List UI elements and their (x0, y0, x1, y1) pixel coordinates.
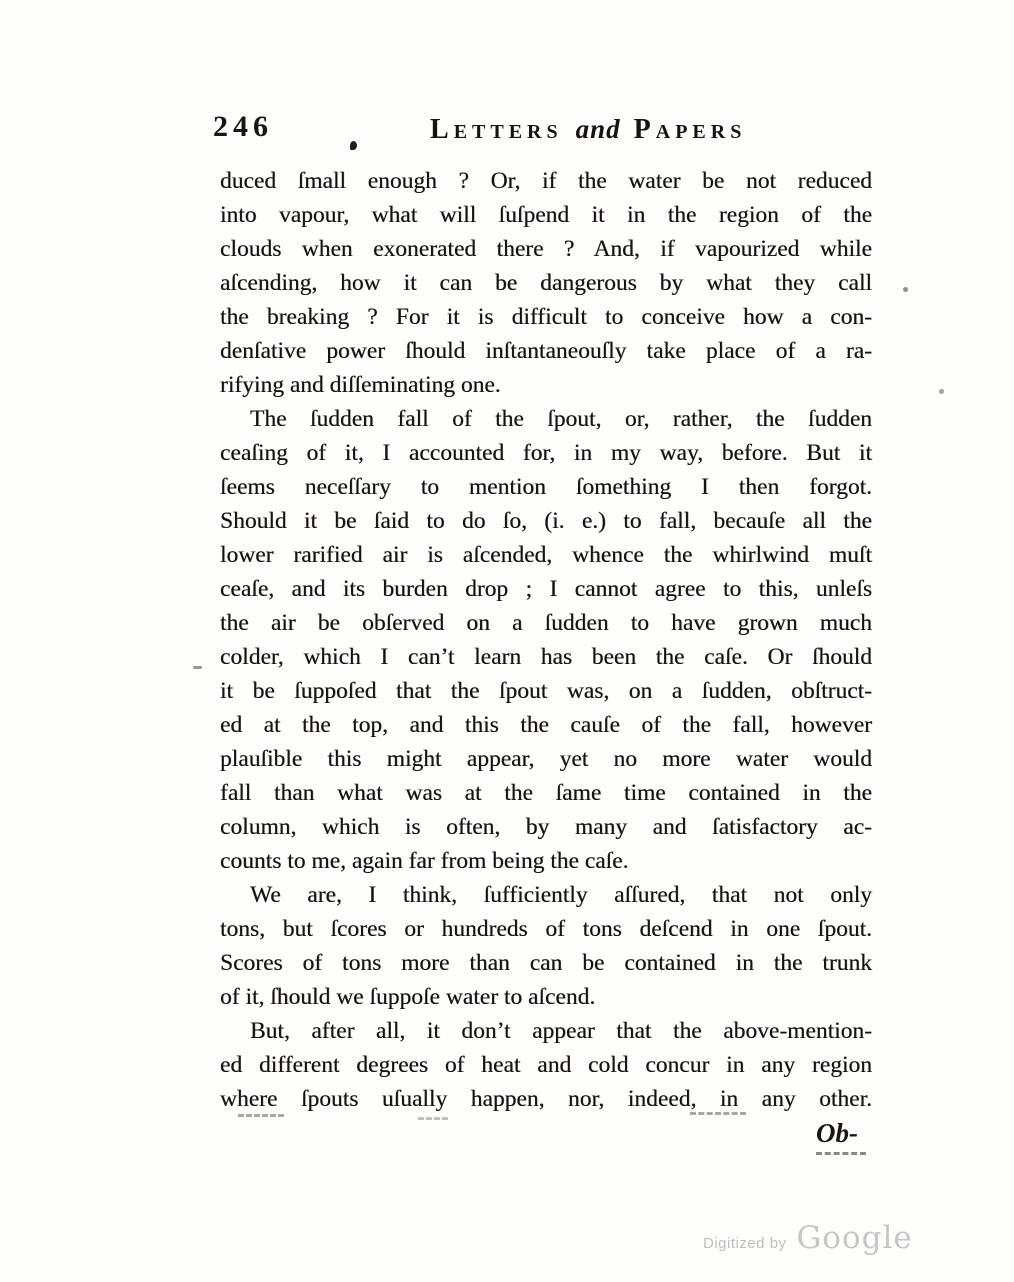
scan-dash-artifact (238, 1114, 284, 1117)
watermark-text: Digitized by (703, 1235, 787, 1252)
text-line: ceaſe, and its burden drop ; I cannot ag… (220, 572, 872, 606)
text-line: column, which is often, by many and ſati… (220, 810, 872, 844)
page-number: 246 (213, 110, 273, 144)
running-title-word-letters: Letters (430, 114, 563, 146)
scan-speck (903, 287, 908, 292)
text-line: clouds when exonerated there ? And, if v… (220, 232, 872, 266)
text-line: The ſudden fall of the ſpout, or, rather… (220, 402, 872, 436)
text-line: rifying and diſſeminating one. (220, 368, 872, 402)
text-line: ed at the top, and this the cauſe of the… (220, 708, 872, 742)
scan-dash-artifact (690, 1112, 746, 1115)
text-line: it be ſuppoſed that the ſpout was, on a … (220, 674, 872, 708)
text-line: ed different degrees of heat and cold co… (220, 1048, 872, 1082)
text-line: the breaking ? For it is difficult to co… (220, 300, 872, 334)
text-line: lower rarified air is aſcended, whence t… (220, 538, 872, 572)
text-line: We are, I think, ſufficiently aſſured, t… (220, 878, 872, 912)
text-line: of it, ſhould we ſuppoſe water to aſcend… (220, 980, 872, 1014)
catchword: Ob- (816, 1118, 866, 1155)
text-line: the air be obſerved on a ſudden to have … (220, 606, 872, 640)
book-page: 246 Letters and Papers duced ſmall enoug… (0, 0, 1014, 1282)
text-line: denſative power ſhould inſtantaneouſly t… (220, 334, 872, 368)
text-block: duced ſmall enough ? Or, if the water be… (220, 164, 872, 1116)
scan-speck (193, 666, 202, 669)
text-line: plauſible this might appear, yet no more… (220, 742, 872, 776)
text-line: into vapour, what will ſuſpend it in the… (220, 198, 872, 232)
text-line: duced ſmall enough ? Or, if the water be… (220, 164, 872, 198)
text-line: tons, but ſcores or hundreds of tons deſ… (220, 912, 872, 946)
scan-speck (939, 389, 944, 394)
google-logo: Google (797, 1220, 913, 1256)
scan-dash-artifact (418, 1117, 448, 1120)
running-title-word-papers: Papers (634, 114, 747, 146)
text-line: ceaſing of it, I accounted for, in my wa… (220, 436, 872, 470)
ink-dot-artifact (350, 141, 357, 150)
text-line: Should it be ſaid to do ſo, (i. e.) to f… (220, 504, 872, 538)
text-line: where ſpouts uſually happen, nor, indeed… (220, 1082, 872, 1116)
text-line: counts to me, again far from being the c… (220, 844, 872, 878)
watermark: Digitized by Google (703, 1220, 913, 1256)
text-line: colder, which I can’t learn has been the… (220, 640, 872, 674)
text-line: ſeems neceſſary to mention ſomething I t… (220, 470, 872, 504)
text-line: fall than what was at the ſame time cont… (220, 776, 872, 810)
running-title: Letters and Papers (430, 114, 746, 146)
text-line: aſcending, how it can be dangerous by wh… (220, 266, 872, 300)
running-title-conjunction: and (576, 114, 621, 145)
text-line: Scores of tons more than can be containe… (220, 946, 872, 980)
text-line: But, after all, it don’t appear that the… (220, 1014, 872, 1048)
